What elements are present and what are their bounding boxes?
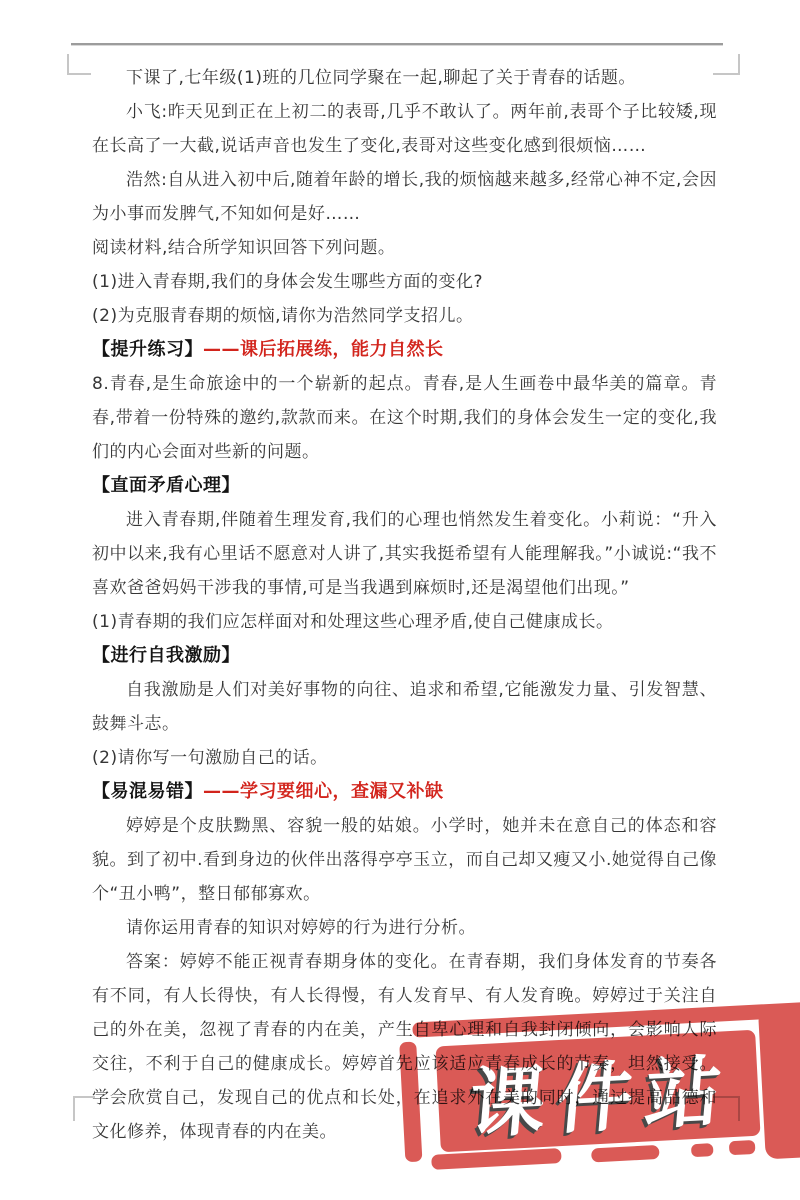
paragraph-analysis-prompt: 请你运用青春的知识对婷婷的行为进行分析。 [92,911,717,945]
heading-red-subtitle: ——学习要细心，查漏又补缺 [203,781,444,802]
stamp-frame-bottom-dash [431,1148,562,1170]
heading-bracket-text: 【易混易错】 [92,781,203,802]
paragraph-class-discussion: 下课了,七年级(1)班的几位同学聚在一起,聊起了关于青春的话题。 [92,61,717,95]
section-heading-ziwo-jili: 【进行自我激励】 [92,639,717,673]
heading-red-subtitle: ——课后拓展练，能力自然长 [203,339,444,360]
section-heading-yihun-yicuo: 【易混易错】——学习要细心，查漏又补缺 [92,775,717,809]
question-1-psychological-conflict: (1)青春期的我们应怎样面对和处理这些心理矛盾,使自己健康成长。 [92,605,717,639]
document-body: 下课了,七年级(1)班的几位同学聚在一起,聊起了关于青春的话题。 小飞:昨天见到… [92,61,717,1149]
text-boundary-mark-bottom-right [713,1096,740,1121]
stamp-frame-right [758,1007,800,1159]
question-2-overcome-worries: (2)为克服青春期的烦恼,请你为浩然同学支招儿。 [92,299,717,333]
heading-bracket-text: 【进行自我激励】 [92,645,240,666]
worksheet-page: { "colors": { "body_text": "#363636", "h… [0,0,800,1200]
paragraph-answer: 答案：婷婷不能正视青春期身体的变化。在青春期，我们身体发育的节奏各有不同，有人长… [92,945,717,1149]
paragraph-xiaofei-dialogue: 小飞:昨天见到正在上初二的表哥,几乎不敢认了。两年前,表哥个子比较矮,现在长高了… [92,95,717,163]
heading-bracket-text: 【直面矛盾心理】 [92,475,240,496]
stamp-frame-bottom-dash [729,1140,756,1155]
question-1-body-changes: (1)进入青春期,我们的身体会发生哪些方面的变化? [92,265,717,299]
section-heading-tisheng-lianxi: 【提升练习】——课后拓展练，能力自然长 [92,333,717,367]
text-boundary-mark-top-right [713,54,740,75]
paragraph-question-8: 8.青春,是生命旅途中的一个崭新的起点。青春,是人生画卷中最华美的篇章。青春,带… [92,367,717,469]
section-heading-zhimian-maodun: 【直面矛盾心理】 [92,469,717,503]
question-2-motivation-sentence: (2)请你写一句激励自己的话。 [92,741,717,775]
line-reading-instruction: 阅读材料,结合所学知识回答下列问题。 [92,231,717,265]
text-boundary-mark-top-left [67,54,91,75]
page-top-boundary-line [71,43,723,46]
paragraph-psychology-material: 进入青春期,伴随着生理发育,我们的心理也悄然发生着变化。小莉说：“升入初中以来,… [92,503,717,605]
heading-bracket-text: 【提升练习】 [92,339,203,360]
paragraph-self-motivation: 自我激励是人们对美好事物的向往、追求和希望,它能激发力量、引发智慧、鼓舞斗志。 [92,673,717,741]
paragraph-tingting-case: 婷婷是个皮肤黝黑、容貌一般的姑娘。小学时，她并未在意自己的体态和容貌。到了初中.… [92,809,717,911]
paragraph-haoran-dialogue: 浩然:自从进入初中后,随着年龄的增长,我的烦恼越来越多,经常心神不定,会因为小事… [92,163,717,231]
